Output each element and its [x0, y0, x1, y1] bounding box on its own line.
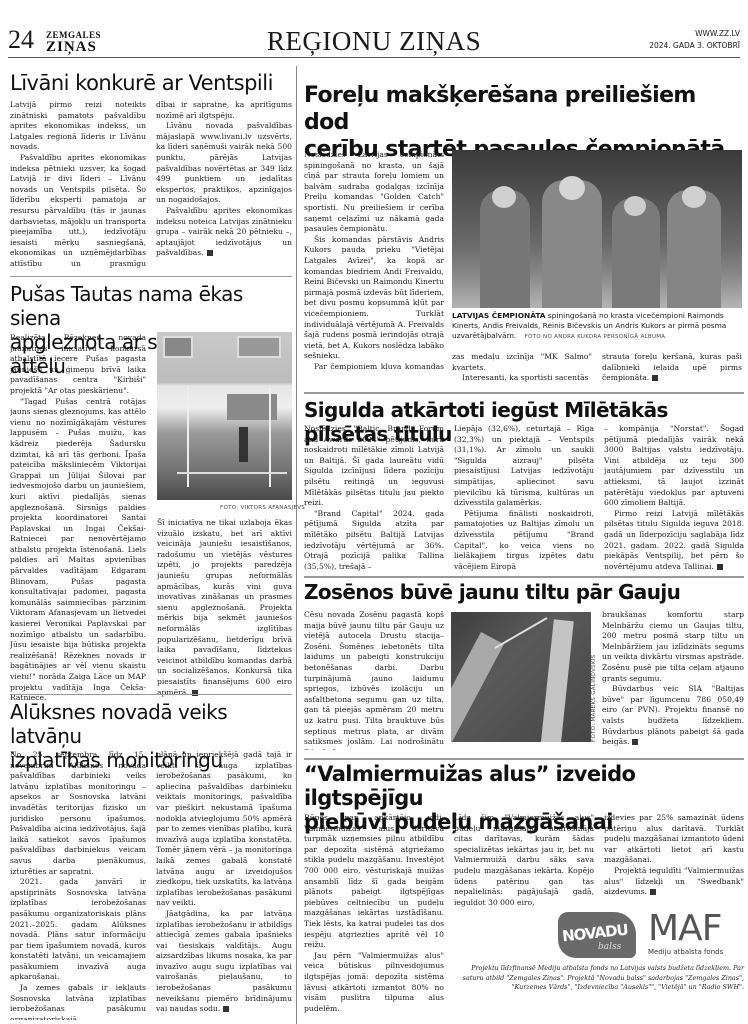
- photo-credit: FOTO: MAREKS GAĻINOVSKIS: [591, 612, 597, 742]
- headline: Zosēnos būvē jaunu tiltu pār Gauju: [304, 580, 744, 604]
- novadu-balss-logo[interactable]: NOVADU balss: [558, 912, 636, 958]
- divider: [304, 576, 744, 578]
- photo-credit: FOTO NO ANDRA KUKORA PERSONĪGĀ ALBUMA: [525, 334, 666, 340]
- article-pusa-col1: Realizēta Rēzeknes novada jaunatnes inic…: [10, 333, 146, 718]
- article-forelu-col2: zas medaļu izcīnīja "MK Salmo" kvartets.…: [452, 352, 742, 388]
- divider: [10, 276, 292, 277]
- end-mark-icon: [652, 375, 658, 381]
- article-pusa-col2: Šī iniciatīva ne tikai uzlaboja ēkas viz…: [157, 518, 292, 718]
- section-title: REĢIONU ZIŅAS: [8, 26, 740, 56]
- website-link[interactable]: WWW.ZZ.LV: [649, 28, 740, 40]
- article-zoseni-col1: Cēsu novada Zosēnu pagastā kopš maija bū…: [304, 610, 444, 750]
- fishing-team-photo[interactable]: [452, 150, 742, 308]
- article-aluksne-body: No 25. septembra līdz 15. novembrim Alūk…: [10, 750, 292, 1020]
- article-livani-body: Latvijā pirmo reizi noteikts zinātniski …: [10, 100, 292, 270]
- bridge-construction-photo[interactable]: [451, 612, 591, 742]
- article-zoseni-col2: braukšanas komfortu starp Melnbāržu ciem…: [602, 610, 744, 750]
- article-sigulda-body: Noslēdzies "Baltic Brand Forum and Award…: [304, 424, 744, 574]
- article-forelu-col1: Noslēdzies Latvijas čempionāts spiningoš…: [304, 150, 444, 372]
- end-mark-icon: [207, 250, 213, 256]
- maf-logo[interactable]: MAF Mediju atbalsta fonds: [648, 910, 744, 956]
- divider: [304, 758, 744, 760]
- issue-date: 2024. GADA 3. OKTOBRĪ: [649, 40, 740, 52]
- column-divider: [296, 66, 297, 1024]
- end-mark-icon: [632, 739, 638, 745]
- divider: [304, 392, 744, 394]
- headline: Līvāni konkurē ar Ventspili: [10, 70, 292, 96]
- photo-credit: FOTO: VIKTORS AFANASJEVS: [220, 505, 305, 511]
- article-livani: Līvāni konkurē ar Ventspili: [10, 70, 292, 96]
- article-zoseni: Zosēnos būvē jaunu tiltu pār Gauju: [304, 580, 744, 604]
- divider: [10, 694, 292, 695]
- masthead-meta: WWW.ZZ.LV 2024. GADA 3. OKTOBRĪ: [649, 28, 740, 52]
- end-mark-icon: [223, 1006, 229, 1012]
- masthead: 24 ZEMGALES ZIŅAS REĢIONU ZIŅAS WWW.ZZ.L…: [8, 26, 740, 58]
- sponsor-note: Projektu līdzfinansē Mediju atbalsta fon…: [450, 964, 744, 993]
- end-mark-icon: [650, 889, 656, 895]
- end-mark-icon: [717, 564, 723, 570]
- photo-caption: LATVIJAS ČEMPIONĀTA spiningošanā no kras…: [452, 311, 744, 342]
- mural-photo[interactable]: [157, 332, 292, 500]
